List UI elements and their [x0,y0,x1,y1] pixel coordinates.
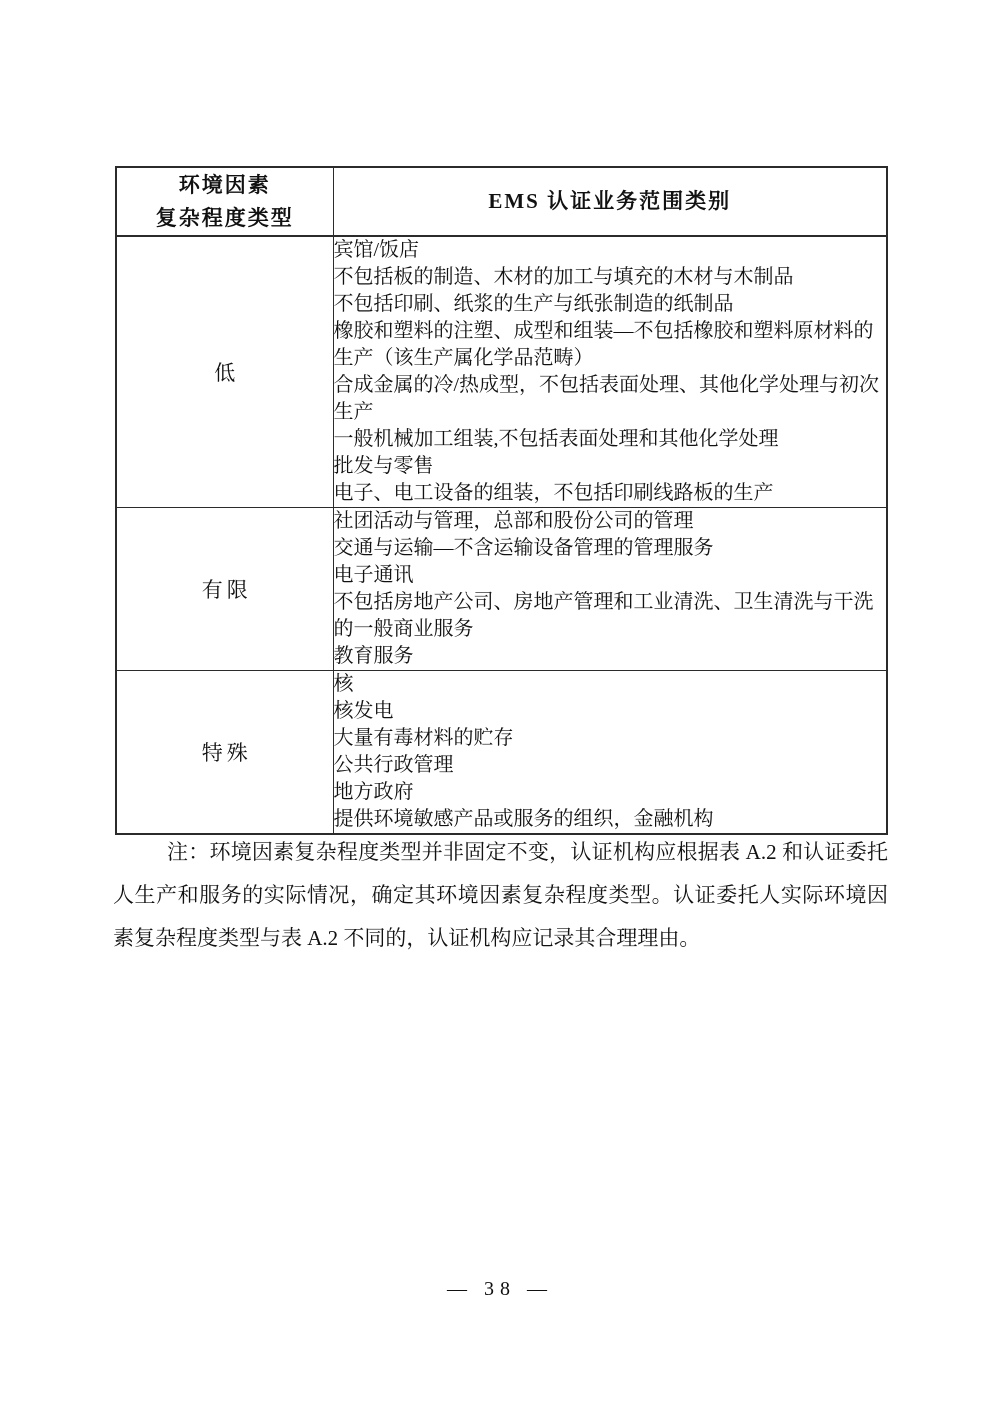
complexity-type-label: 有限 [116,508,333,671]
scope-item: 社团活动与管理，总部和股份公司的管理 [334,508,887,535]
scope-item: 电子、电工设备的组装，不包括印刷线路板的生产 [334,480,887,507]
table-row-low: 低 宾馆/饭店不包括板的制造、木材的加工与填充的木材与木制品不包括印刷、纸浆的生… [116,236,887,508]
scope-item: 公共行政管理 [334,752,887,779]
scope-item: 橡胶和塑料的注塑、成型和组装—不包括橡胶和塑料原材料的生产（该生产属化学品范畴） [334,318,887,372]
scope-items-limited: 社团活动与管理，总部和股份公司的管理交通与运输—不含运输设备管理的管理服务电子通… [333,508,887,671]
scope-item: 不包括印刷、纸浆的生产与纸张制造的纸制品 [334,291,887,318]
scope-item: 地方政府 [334,779,887,806]
scope-items-low: 宾馆/饭店不包括板的制造、木材的加工与填充的木材与木制品不包括印刷、纸浆的生产与… [333,236,887,508]
scope-items-special: 核核发电大量有毒材料的贮存公共行政管理地方政府提供环境敏感产品或服务的组织，金融… [333,671,887,835]
header-complexity-line2: 复杂程度类型 [117,202,333,235]
ems-scope-table: 环境因素 复杂程度类型 EMS 认证业务范围类别 低 宾馆/饭店不包括板的制造、… [115,166,888,835]
table-row-special: 特殊 核核发电大量有毒材料的贮存公共行政管理地方政府提供环境敏感产品或服务的组织… [116,671,887,835]
scope-item: 不包括板的制造、木材的加工与填充的木材与木制品 [334,264,887,291]
table-note: 注：环境因素复杂程度类型并非固定不变，认证机构应根据表 A.2 和认证委托人生产… [113,831,888,960]
header-complexity-line1: 环境因素 [117,169,333,202]
header-ems-scope: EMS 认证业务范围类别 [333,167,887,236]
scope-item: 提供环境敏感产品或服务的组织，金融机构 [334,806,887,833]
scope-item: 核发电 [334,698,887,725]
document-page: 环境因素 复杂程度类型 EMS 认证业务范围类别 低 宾馆/饭店不包括板的制造、… [0,0,1000,1414]
table-row-limited: 有限 社团活动与管理，总部和股份公司的管理交通与运输—不含运输设备管理的管理服务… [116,508,887,671]
scope-item: 教育服务 [334,643,887,670]
header-complexity-type: 环境因素 复杂程度类型 [116,167,333,236]
scope-item: 批发与零售 [334,453,887,480]
page-number: — 38 — [0,1278,1000,1301]
scope-item: 电子通讯 [334,562,887,589]
scope-item: 合成金属的冷/热成型，不包括表面处理、其他化学处理与初次生产 [334,372,887,426]
scope-item: 核 [334,671,887,698]
scope-item: 宾馆/饭店 [334,237,887,264]
table-header-row: 环境因素 复杂程度类型 EMS 认证业务范围类别 [116,167,887,236]
complexity-type-label: 低 [116,236,333,508]
scope-item: 大量有毒材料的贮存 [334,725,887,752]
complexity-type-label: 特殊 [116,671,333,835]
scope-item: 交通与运输—不含运输设备管理的管理服务 [334,535,887,562]
scope-item: 一般机械加工组装,不包括表面处理和其他化学处理 [334,426,887,453]
scope-item: 不包括房地产公司、房地产管理和工业清洗、卫生清洗与干洗的一般商业服务 [334,589,887,643]
